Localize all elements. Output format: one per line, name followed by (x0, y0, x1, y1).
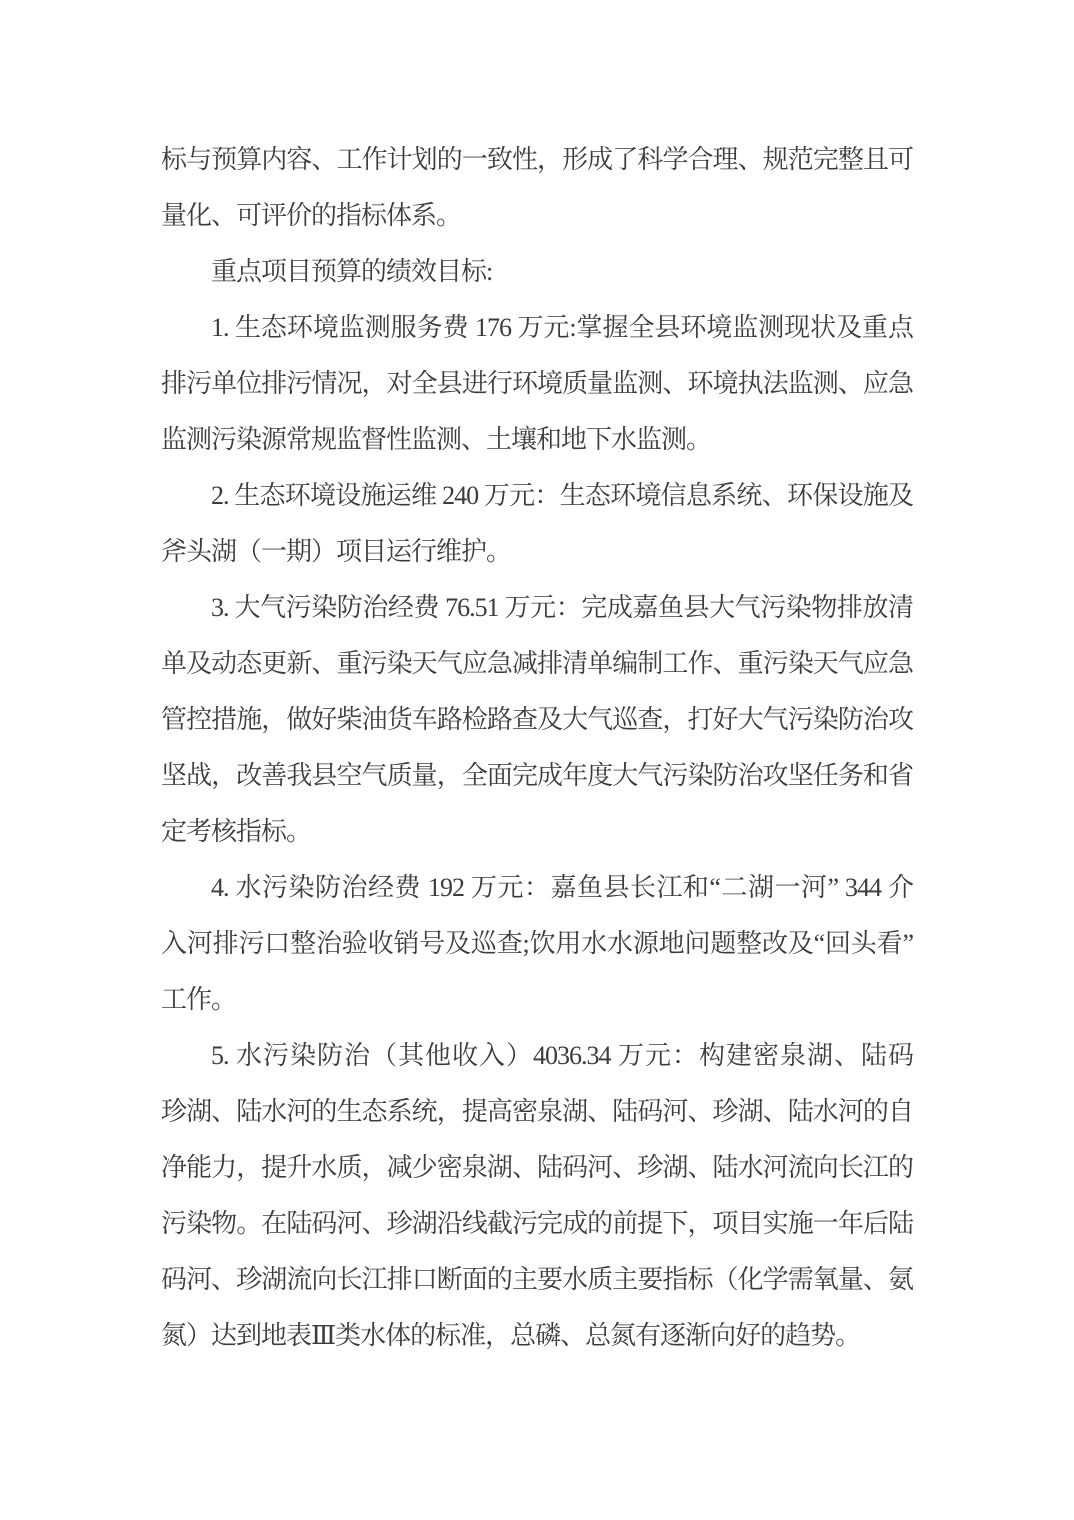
text-line-item-4: 4. 水污染防治经费 192 万元：嘉鱼县长江和“二湖一河” 344 介 (161, 860, 913, 916)
text-line-item-1: 1. 生态环境监测服务费 176 万元:掌握全县环境监测现状及重点 (161, 300, 913, 356)
text-line: 单及动态更新、重污染天气应急减排清单编制工作、重污染天气应急 (161, 636, 913, 692)
text-line-item-2: 2. 生态环境设施运维 240 万元：生态环境信息系统、环保设施及 (161, 468, 913, 524)
text-line: 斧头湖（一期）项目运行维护。 (161, 524, 913, 580)
text-line: 定考核指标。 (161, 804, 913, 860)
text-line-item-3: 3. 大气污染防治经费 76.51 万元：完成嘉鱼县大气污染物排放清 (161, 580, 913, 636)
text-line-item-5: 5. 水污染防治（其他收入）4036.34 万元：构建密泉湖、陆码河、 (161, 1028, 913, 1084)
text-line: 珍湖、陆水河的生态系统，提高密泉湖、陆码河、珍湖、陆水河的自 (161, 1084, 913, 1140)
document-text-block: 标与预算内容、工作计划的一致性，形成了科学合理、规范完整且可 量化、可评价的指标… (161, 132, 913, 1364)
text-line: 量化、可评价的指标体系。 (161, 188, 913, 244)
text-line: 工作。 (161, 972, 913, 1028)
text-line: 净能力，提升水质，减少密泉湖、陆码河、珍湖、陆水河流向长江的 (161, 1140, 913, 1196)
text-line: 管控措施，做好柴油货车路检路查及大气巡查，打好大气污染防治攻 (161, 692, 913, 748)
text-line: 标与预算内容、工作计划的一致性，形成了科学合理、规范完整且可 (161, 132, 913, 188)
section-heading: 重点项目预算的绩效目标: (161, 244, 913, 300)
text-line: 坚战，改善我县空气质量，全面完成年度大气污染防治攻坚任务和省 (161, 748, 913, 804)
text-line: 排污单位排污情况，对全县进行环境质量监测、环境执法监测、应急 (161, 356, 913, 412)
text-line: 氮）达到地表Ⅲ类水体的标准，总磷、总氮有逐渐向好的趋势。 (161, 1308, 913, 1364)
document-page: 标与预算内容、工作计划的一致性，形成了科学合理、规范完整且可 量化、可评价的指标… (0, 0, 1074, 1520)
text-line: 码河、珍湖流向长江排口断面的主要水质主要指标（化学需氧量、氨 (161, 1252, 913, 1308)
text-line: 入河排污口整治验收销号及巡查;饮用水水源地问题整改及“回头看” (161, 916, 913, 972)
text-line: 污染物。在陆码河、珍湖沿线截污完成的前提下，项目实施一年后陆 (161, 1196, 913, 1252)
text-line: 监测污染源常规监督性监测、土壤和地下水监测。 (161, 412, 913, 468)
